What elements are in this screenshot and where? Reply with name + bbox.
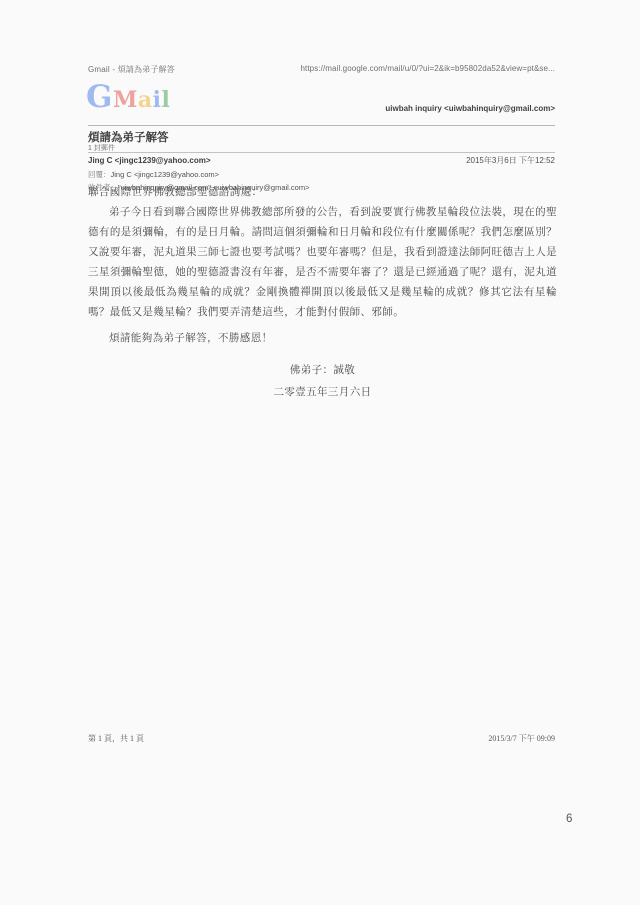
- print-header-url: https://mail.google.com/mail/u/0/?ui=2&i…: [300, 64, 555, 73]
- print-header-title: Gmail - 煩請為弟子解答: [88, 64, 175, 75]
- signature-date: 二零壹五年三月六日: [88, 383, 557, 403]
- message-date: 2015年3月6日 下午12:52: [466, 155, 555, 166]
- signature: 佛弟子：誠敬: [88, 361, 557, 381]
- gmail-logo-letter: M: [113, 87, 138, 113]
- body-paragraph-1: 弟子今日看到聯合國際世界佛教總部所發的公告，看到說要實行佛教星輪段位法裝，現在的…: [88, 203, 557, 323]
- exhibit-page-number: 6: [566, 813, 572, 825]
- body-paragraph-2: 煩請能夠為弟子解答，不勝感恩！: [88, 329, 557, 349]
- print-footer-time: 2015/3/7 下午 09:09: [488, 733, 555, 744]
- email-body: 聯合國際世界佛教總部聖德諮詢處： 弟子今日看到聯合國際世界佛教總部所發的公告，看…: [88, 183, 557, 403]
- account-identity: uiwbah inquiry <uiwbahinquiry@gmail.com>: [385, 104, 555, 113]
- divider: [88, 152, 555, 153]
- print-footer-pages: 第 1 頁，共 1 頁: [88, 733, 144, 744]
- gmail-logo-letter: a: [138, 87, 153, 113]
- gmail-printout: Gmail - 煩請為弟子解答 https://mail.google.com/…: [0, 0, 640, 905]
- reply-to-label: 回覆：: [88, 170, 111, 179]
- gmail-logo-letter: G: [86, 79, 113, 115]
- reply-to-address: Jing C <jingc1239@yahoo.com>: [111, 170, 220, 179]
- reply-to-row: 回覆：Jing C <jingc1239@yahoo.com>: [88, 169, 555, 180]
- sender-address: Jing C <jingc1239@yahoo.com>: [88, 156, 211, 165]
- divider: [88, 125, 555, 126]
- salutation: 聯合國際世界佛教總部聖德諮詢處：: [88, 183, 557, 203]
- gmail-logo: GMail: [86, 80, 170, 117]
- scanned-page: Gmail - 煩請為弟子解答 https://mail.google.com/…: [0, 0, 640, 905]
- gmail-logo-letter: l: [161, 87, 170, 113]
